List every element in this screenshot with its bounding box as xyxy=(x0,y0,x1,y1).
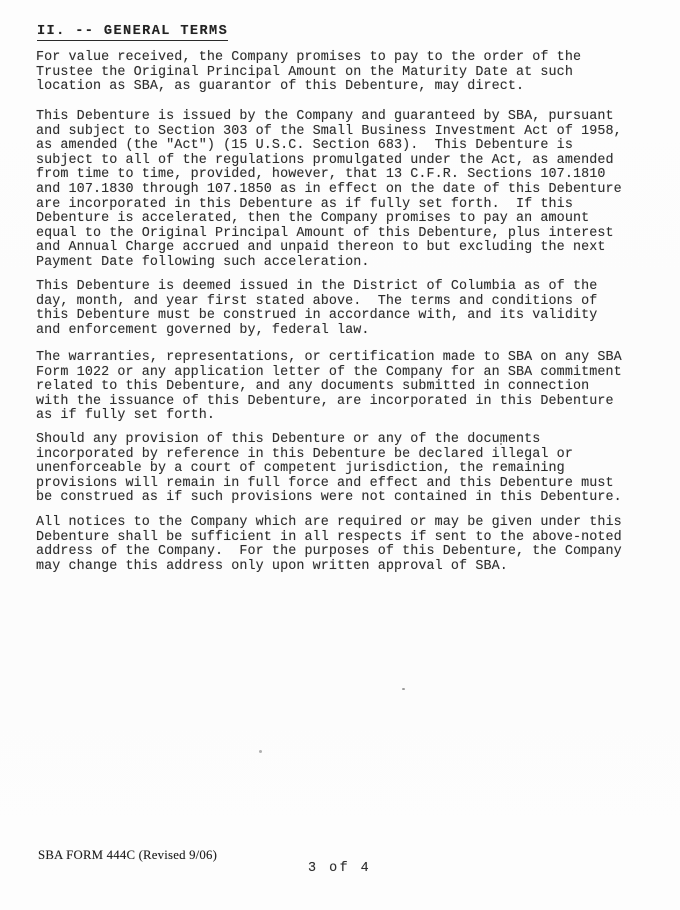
scan-speck xyxy=(402,688,405,690)
paragraph-3: This Debenture is deemed issued in the D… xyxy=(36,280,636,338)
form-number-label: SBA FORM 444C (Revised 9/06) xyxy=(38,848,217,863)
paragraph-5: Should any provision of this Debenture o… xyxy=(36,433,636,506)
paragraph-6: All notices to the Company which are req… xyxy=(36,516,636,574)
paragraph-1: For value received, the Company promises… xyxy=(36,51,636,95)
page-number: 3 of 4 xyxy=(308,861,371,876)
scan-speck xyxy=(500,443,502,445)
paragraph-4: The warranties, representations, or cert… xyxy=(36,351,636,424)
paragraph-2: This Debenture is issued by the Company … xyxy=(36,110,636,271)
section-heading: II. -- GENERAL TERMS xyxy=(37,24,228,41)
document-page: II. -- GENERAL TERMS For value received,… xyxy=(0,0,680,910)
scan-speck xyxy=(259,750,262,753)
